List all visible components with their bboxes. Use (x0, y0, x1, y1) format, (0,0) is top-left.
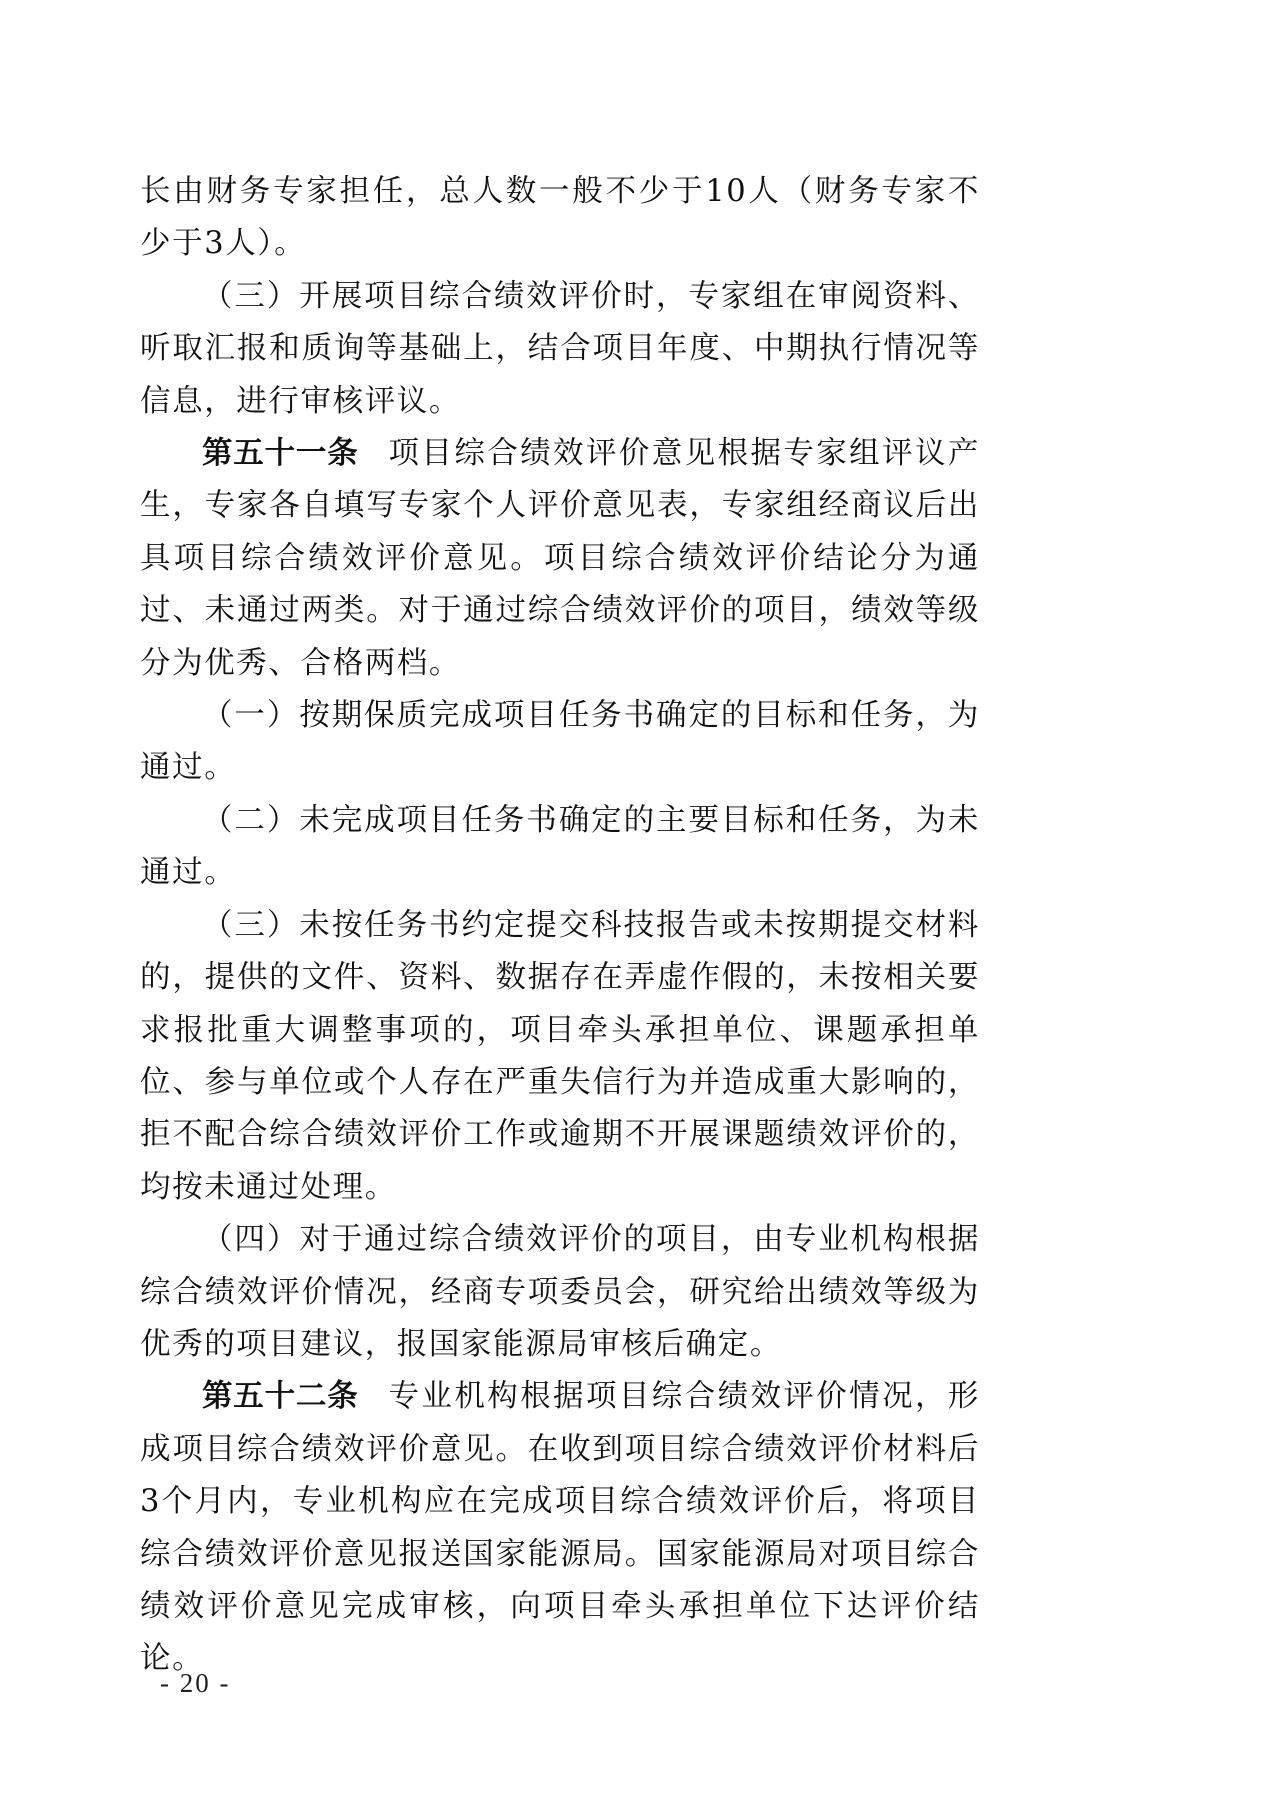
article-52: 第五十二条专业机构根据项目综合绩效评价情况，形成项目综合绩效评价意见。在收到项目… (140, 1371, 980, 1685)
article-label: 第五十二条 (202, 1379, 359, 1414)
paragraph-item-3b: （三）未按任务书约定提交科技报告或未按期提交材料的，提供的文件、资料、数据存在弄… (140, 900, 980, 1214)
paragraph-text: （二）未完成项目任务书确定的主要目标和任务，为未通过。 (140, 803, 980, 890)
paragraph-text: 长由财务专家担任，总人数一般不少于10人（财务专家不少于3人）。 (140, 174, 980, 261)
paragraph-item-4: （四）对于通过综合绩效评价的项目，由专业机构根据综合绩效评价情况，经商专项委员会… (140, 1214, 980, 1371)
paragraph-continuation: 长由财务专家担任，总人数一般不少于10人（财务专家不少于3人）。 (140, 166, 980, 271)
article-label: 第五十一条 (202, 436, 359, 471)
document-body: 长由财务专家担任，总人数一般不少于10人（财务专家不少于3人）。 （三）开展项目… (140, 166, 980, 1686)
paragraph-item-2: （二）未完成项目任务书确定的主要目标和任务，为未通过。 (140, 795, 980, 900)
paragraph-text: （三）未按任务书约定提交科技报告或未按期提交材料的，提供的文件、资料、数据存在弄… (140, 908, 980, 1205)
paragraph-text: （一）按期保质完成项目任务书确定的目标和任务，为通过。 (140, 698, 980, 785)
paragraph-item-3: （三）开展项目综合绩效评价时，专家组在审阅资料、听取汇报和质询等基础上，结合项目… (140, 271, 980, 428)
article-51: 第五十一条项目综合绩效评价意见根据专家组评议产生，专家各自填写专家个人评价意见表… (140, 428, 980, 690)
page-number: - 20 - (160, 1668, 230, 1699)
document-page: 长由财务专家担任，总人数一般不少于10人（财务专家不少于3人）。 （三）开展项目… (0, 0, 1280, 1810)
paragraph-text: 专业机构根据项目综合绩效评价情况，形成项目综合绩效评价意见。在收到项目综合绩效评… (140, 1379, 980, 1676)
paragraph-text: （三）开展项目综合绩效评价时，专家组在审阅资料、听取汇报和质询等基础上，结合项目… (140, 279, 980, 419)
paragraph-text: 项目综合绩效评价意见根据专家组评议产生，专家各自填写专家个人评价意见表，专家组经… (140, 436, 980, 681)
paragraph-item-1: （一）按期保质完成项目任务书确定的目标和任务，为通过。 (140, 690, 980, 795)
paragraph-text: （四）对于通过综合绩效评价的项目，由专业机构根据综合绩效评价情况，经商专项委员会… (140, 1222, 980, 1362)
